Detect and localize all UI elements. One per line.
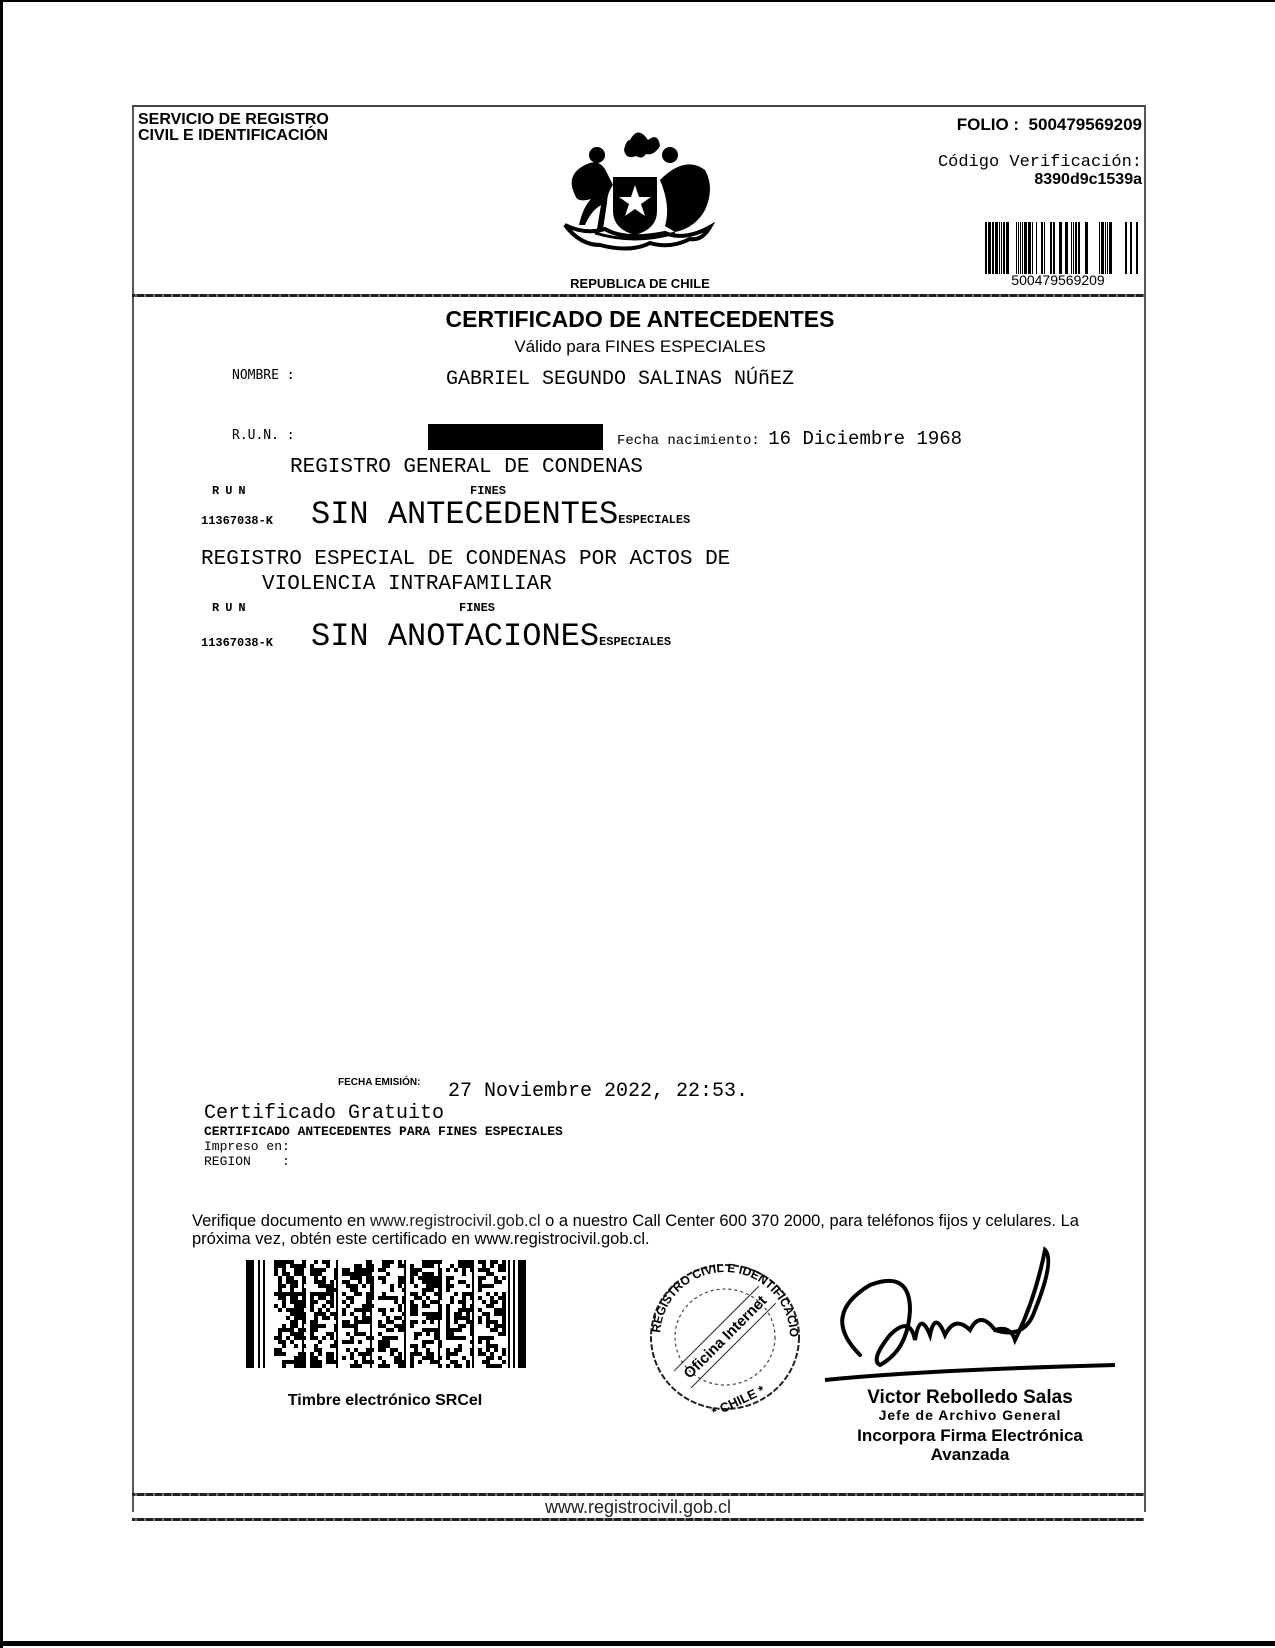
footer-url[interactable]: www.registrocivil.gob.cl xyxy=(132,1497,1144,1518)
issuer-line-2: CIVIL E IDENTIFICACIÓN xyxy=(138,128,329,144)
issuer-name: SERVICIO DE REGISTRO CIVIL E IDENTIFICAC… xyxy=(138,112,329,144)
run-label: R.U.N. : xyxy=(232,428,295,443)
certificate-type: CERTIFICADO ANTECEDENTES PARA FINES ESPE… xyxy=(204,1124,563,1139)
nombre-label: NOMBRE : xyxy=(232,368,295,383)
codigo-verificacion-value: 8390d9c1539a xyxy=(1034,171,1142,189)
timbre-electronico-barcode xyxy=(246,1260,526,1368)
svg-text:Oficina Internet: Oficina Internet xyxy=(680,1292,770,1382)
status-text: SIN ANOTACIONES xyxy=(311,618,599,655)
region-label: REGION : xyxy=(204,1154,290,1169)
register-general-run-header: RUN xyxy=(212,484,252,498)
fecha-emision-value: 27 Noviembre 2022, 22:53. xyxy=(448,1080,748,1103)
folio-barcode xyxy=(978,222,1138,274)
fecha-nacimiento: Fecha nacimiento: 16 Diciembre 1968 xyxy=(617,428,962,450)
verification-notice: Verifique documento en www.registrocivil… xyxy=(192,1212,1092,1248)
scan-edge-top xyxy=(0,0,1275,2)
folio-label: FOLIO : xyxy=(957,115,1019,134)
timbre-label: Timbre electrónico SRCeI xyxy=(240,1392,530,1410)
register-general-rut: 11367038-K xyxy=(201,514,273,528)
register-vif-fines-header: FINES xyxy=(459,601,495,615)
register-vif-rut: 11367038-K xyxy=(201,636,273,650)
status-suffix: ESPECIALES xyxy=(599,635,671,649)
folio-value: 500479569209 xyxy=(1029,115,1142,134)
status-text: SIN ANTECEDENTES xyxy=(311,496,618,533)
firma-electronica-line2: Avanzada xyxy=(820,1445,1120,1465)
certificado-gratuito: Certificado Gratuito xyxy=(204,1102,444,1125)
run-redaction xyxy=(428,424,603,450)
fecha-emision-label: FECHA EMISIÓN: xyxy=(338,1077,420,1088)
status-suffix: ESPECIALES xyxy=(618,513,690,527)
register-general-status: SIN ANTECEDENTESESPECIALES xyxy=(311,496,690,533)
verification-link[interactable]: www.registrocivil.gob.cl xyxy=(370,1212,541,1230)
republica-de-chile: REPUBLICA DE CHILE xyxy=(540,276,740,291)
oficina-internet-seal-icon: REGISTRO CIVIL E IDENTIFICACION Oficina … xyxy=(640,1255,810,1420)
svg-text:* CHILE *: * CHILE * xyxy=(709,1382,767,1420)
impreso-en: Impreso en: xyxy=(204,1139,290,1154)
frame-bottom-rule xyxy=(132,1518,1144,1521)
coat-of-arms-icon xyxy=(535,125,735,260)
fecha-nacimiento-value: 16 Diciembre 1968 xyxy=(768,428,962,450)
scan-edge-bottom xyxy=(0,1641,1275,1646)
scan-edge-left xyxy=(0,0,3,1648)
register-vif-status: SIN ANOTACIONESESPECIALES xyxy=(311,618,671,655)
certificate-title: CERTIFICADO DE ANTECEDENTES xyxy=(330,306,950,333)
barcode-number: 500479569209 xyxy=(978,272,1138,288)
footer-divider xyxy=(132,1493,1144,1496)
svg-text:REGISTRO CIVIL E IDENTIFICACIO: REGISTRO CIVIL E IDENTIFICACION xyxy=(640,1255,801,1338)
codigo-verificacion-label: Código Verificación: xyxy=(938,153,1142,172)
issuer-line-1: SERVICIO DE REGISTRO xyxy=(138,112,329,128)
register-general-title: REGISTRO GENERAL DE CONDENAS xyxy=(290,456,643,479)
firma-electronica-line1: Incorpora Firma Electrónica xyxy=(820,1426,1120,1446)
fecha-nacimiento-label: Fecha nacimiento: xyxy=(617,433,760,449)
nombre-value: GABRIEL SEGUNDO SALINAS NÚñEZ xyxy=(446,368,794,391)
signer-name: Victor Rebolledo Salas xyxy=(820,1387,1120,1409)
signature-icon xyxy=(820,1245,1120,1385)
folio: FOLIO : 500479569209 xyxy=(957,115,1142,135)
verification-text-a: Verifique documento en xyxy=(192,1212,370,1230)
certificate-subtitle: Válido para FINES ESPECIALES xyxy=(330,337,950,357)
register-vif-title-line1: REGISTRO ESPECIAL DE CONDENAS POR ACTOS … xyxy=(201,548,730,571)
register-vif-run-header: RUN xyxy=(212,601,252,615)
register-vif-title-line2: VIOLENCIA INTRAFAMILIAR xyxy=(262,573,552,596)
signer-role: Jefe de Archivo General xyxy=(820,1407,1120,1423)
header-divider xyxy=(132,294,1144,297)
